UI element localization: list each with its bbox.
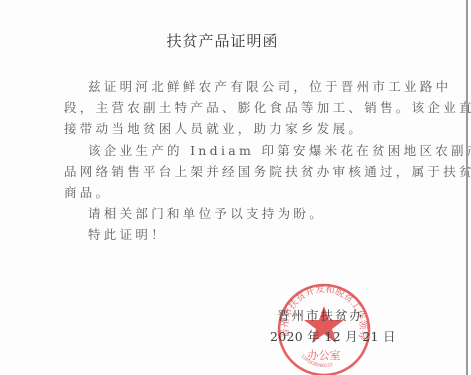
- page-edge-divider: [466, 0, 468, 375]
- paragraph-1-line-3: 接带动当地贫困人员就业，助力家乡发展。: [64, 122, 364, 136]
- paragraph-1-line-2: 段，主营农副土特产品、膨化食品等加工、销售。该企业直: [64, 101, 471, 115]
- paragraph-4-line-1: 特此证明！: [88, 228, 167, 242]
- paragraph-3-line-1: 请相关部门和单位予以支持为盼。: [88, 207, 325, 221]
- paragraph-2-line-1: 该企业生产的 Indiam 印第安爆米花在贫困地区农副产: [88, 144, 471, 158]
- document-title: 扶贫产品证明函: [0, 30, 445, 51]
- document-page: 扶贫产品证明函 兹证明河北鲜鲜农产有限公司，位于晋州市工业路中 段，主营农副土特…: [0, 0, 467, 375]
- issuer-name: 晋州市扶贫办: [277, 309, 364, 323]
- paragraph-2-line-3: 商品。: [64, 186, 111, 200]
- issue-date: 2020 年 12 月 21 日: [270, 330, 396, 344]
- paragraph-1-line-1: 兹证明河北鲜鲜农产有限公司，位于晋州市工业路中: [88, 80, 451, 94]
- svg-text:办公室: 办公室: [308, 348, 341, 362]
- paragraph-2-line-2: 品网络销售平台上架并经国务院扶贫办审核通过，属于扶贫: [64, 165, 471, 179]
